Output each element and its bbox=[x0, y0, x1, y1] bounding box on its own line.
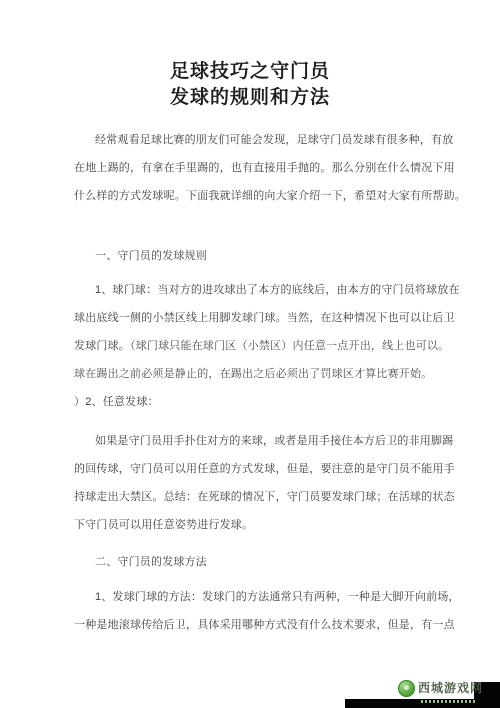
article-page: 足球技巧之守门员 发球的规则和方法 经常观看足球比赛的朋友们可能会发现，足球守门… bbox=[0, 0, 500, 708]
text-line: 下守门员可以用任意姿势进行发球。 bbox=[74, 511, 500, 539]
text-line: 1、发球门球的方法：发球门的方法通常只有两种，一种是大脚开向前场， bbox=[74, 583, 500, 611]
article-body: 经常观看足球比赛的朋友们可能会发现，足球守门员发球有很多种，有放 在地上踢的，有… bbox=[74, 126, 500, 639]
method-paragraph: 1、发球门球的方法：发球门的方法通常只有两种，一种是大脚开向前场， 一种是地滚球… bbox=[74, 583, 500, 639]
text-line: 在地上踢的，有拿在手里踢的，也有直接用手抛的。那么分别在什么情况下用 bbox=[74, 154, 500, 182]
text-line: 的回传球，守门员可以用任意的方式发球，但是，要注意的是守门员不能用手 bbox=[74, 455, 500, 483]
text-line: 球出底线一侧的小禁区线上用脚发球门球。当然，在这种情况下也可以让后卫 bbox=[74, 304, 500, 332]
text-line: 一种是地滚球传给后卫，具体采用哪种方式没有什么技术要求，但是，有一点 bbox=[74, 611, 500, 639]
section1-heading: 一、守门员的发球规则 bbox=[74, 242, 500, 270]
text-line: 持球走出大禁区。总结：在死球的情况下，守门员要发球门球；在活球的状态 bbox=[74, 483, 500, 511]
page-title: 足球技巧之守门员 发球的规则和方法 bbox=[0, 59, 500, 111]
watermark-site-name: 西城游戏网 bbox=[418, 680, 483, 697]
site-watermark: 西城游戏网 bbox=[398, 680, 483, 697]
text-line: 发球门球。（球门球只能在球门区（小禁区）内任意一点开出，线上也可以。 bbox=[74, 332, 500, 360]
title-line-2: 发球的规则和方法 bbox=[0, 85, 500, 111]
text-segment-serif: （球门球只能在球门区（小禁区）内任意一点开出，线上也可以。 bbox=[130, 340, 449, 352]
goal-kick-paragraph: 1、球门球：当对方的进攻球出了本方的底线后，由本方的守门员将球放在 球出底线一侧… bbox=[74, 276, 500, 388]
section2-heading: 二、守门员的发球方法 bbox=[74, 548, 500, 576]
watermark-tagline bbox=[421, 700, 477, 703]
free-kick-label: 2、任意发球： bbox=[85, 396, 159, 408]
text-line: 1、球门球：当对方的进攻球出了本方的底线后，由本方的守门员将球放在 bbox=[74, 276, 500, 304]
leaf-ball-icon bbox=[398, 680, 415, 697]
text-line: 经常观看足球比赛的朋友们可能会发现，足球守门员发球有很多种，有放 bbox=[74, 126, 500, 154]
closing-paren: ） bbox=[74, 396, 85, 408]
text-line: 如果是守门员用手扑住对方的来球，或者是用手接住本方后卫的非用脚踢 bbox=[74, 427, 500, 455]
title-line-1: 足球技巧之守门员 bbox=[0, 59, 500, 85]
text-line: 球在踢出之前必须是静止的，在踢出之后必须出了罚球区才算比赛开始。 bbox=[74, 360, 500, 388]
free-kick-paragraph: 如果是守门员用手扑住对方的来球，或者是用手接住本方后卫的非用脚踢 的回传球，守门… bbox=[74, 427, 500, 539]
intro-paragraph: 经常观看足球比赛的朋友们可能会发现，足球守门员发球有很多种，有放 在地上踢的，有… bbox=[74, 126, 500, 210]
text-segment: 发球门球。 bbox=[74, 340, 130, 352]
text-line: 什么样的方式发球呢。下面我就详细的向大家介绍一下，希望对大家有所帮助。 bbox=[74, 182, 500, 210]
free-kick-label-line: ）2、任意发球： bbox=[74, 388, 500, 416]
